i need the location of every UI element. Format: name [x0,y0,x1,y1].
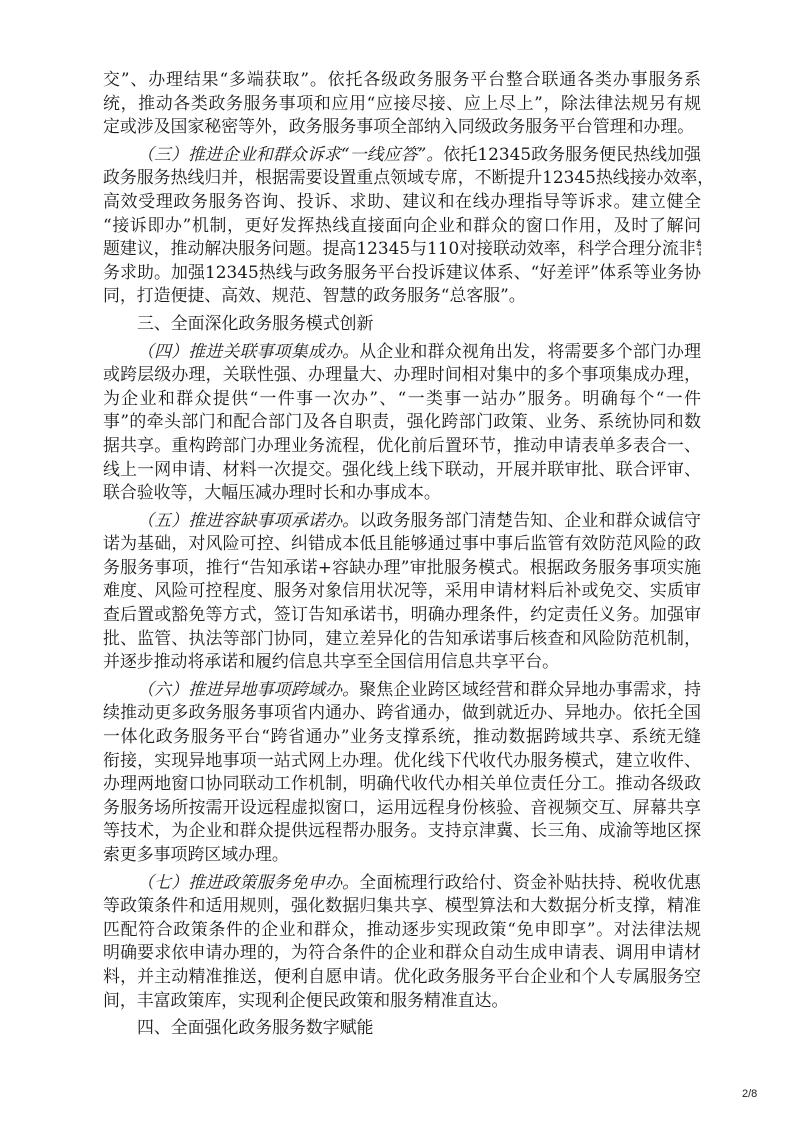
item-text: 依托12345政务服务便民热线加强 [443,144,701,164]
text-line: 定或涉及国家秘密等外，政务服务事项全部纳入同级政务服务平台管理和办理。 [103,115,701,139]
text-line: 料，并主动精准推送，便利自愿申请。优化政务服务平台企业和个人专属服务空 [103,965,701,989]
item-lead: （七）推进政策服务免申办。 [137,872,359,892]
paragraph-item-5: （五）推进容缺事项承诺办。以政务服务部门清楚告知、企业和群众诚信守 诺为基础，对… [103,509,701,674]
item-text: 聚焦企业跨区域经营和群众异地办事需求，持 [359,679,701,699]
text-line: 同，打造便捷、高效、规范、智慧的政务服务“总客服”。 [103,284,701,308]
text-line: 统，推动各类政务服务事项和应用“应接尽接、应上尽上”，除法律法规另有规 [103,92,701,116]
text-line: 并逐步推动将承诺和履约信息共享至全国信用信息共享平台。 [103,650,701,674]
text-line: 务求助。加强12345热线与政务服务平台投诉建议体系、“好差评”体系等业务协 [103,261,701,285]
item-text: 以政务服务部门清楚告知、企业和群众诚信守 [359,510,701,530]
text-line: 等技术，为企业和群众提供远程帮办服务。支持京津冀、长三角、成渝等地区探 [103,819,701,843]
item-lead: （四）推进关联事项集成办。 [137,341,359,361]
text-line: 为企业和群众提供“一件事一次办”、“一类事一站办”服务。明确每个“一件 [103,387,701,411]
text-line: 政务服务热线归并，根据需要设置重点领域专席，不断提升12345热线接办效率， [103,166,701,190]
text-line: （四）推进关联事项集成办。从企业和群众视角出发，将需要多个部门办理 [103,340,701,364]
item-lead: （六）推进异地事项跨域办。 [137,679,359,699]
item-lead: （三）推进企业和群众诉求“一线应答”。 [137,144,443,164]
text-line: 一体化政务服务平台“跨省通办”业务支撑系统，推动数据跨域共享、系统无缝 [103,725,701,749]
text-line: （七）推进政策服务免申办。全面梳理行政给付、资金补贴扶持、税收优惠 [103,871,701,895]
text-line: 或跨层级办理，关联性强、办理量大、办理时间相对集中的多个事项集成办理， [103,363,701,387]
text-line: 线上一网申请、材料一次提交。强化线上线下联动，开展并联审批、联合评审、 [103,458,701,482]
section-heading: 三、全面深化政务服务模式创新 [103,312,701,336]
text-line: 索更多事项跨区域办理。 [103,843,701,867]
text-line: 明确要求依申请办理的，为符合条件的企业和群众自动生成申请表、调用申请材 [103,941,701,965]
item-text: 从企业和群众视角出发，将需要多个部门办理 [359,341,701,361]
text-line: （三）推进企业和群众诉求“一线应答”。依托12345政务服务便民热线加强 [103,143,701,167]
text-line: 务服务场所按需开设远程虚拟窗口，运用远程身份核验、音视频交互、屏幕共享 [103,796,701,820]
text-line: 续推动更多政务服务事项省内通办、跨省通办，做到就近办、异地办。依托全国 [103,701,701,725]
text-line: “接诉即办”机制，更好发挥热线直接面向企业和群众的窗口作用，及时了解问 [103,214,701,238]
text-line: 衔接，实现异地事项一站式网上办理。优化线下代收代办服务模式，建立收件、 [103,749,701,773]
text-line: 务服务事项，推行“告知承诺+容缺办理”审批服务模式。根据政务服务事项实施 [103,556,701,580]
paragraph-item-3: （三）推进企业和群众诉求“一线应答”。依托12345政务服务便民热线加强 政务服… [103,143,701,308]
paragraph-item-7: （七）推进政策服务免申办。全面梳理行政给付、资金补贴扶持、税收优惠 等政策条件和… [103,871,701,1013]
text-line: 匹配符合政策条件的企业和群众，推动逐步实现政策“免申即享”。对法律法规 [103,918,701,942]
text-line: （六）推进异地事项跨域办。聚焦企业跨区域经营和群众异地办事需求，持 [103,678,701,702]
text-line: 事”的牵头部门和配合部门及各自职责，强化跨部门政策、业务、系统协同和数 [103,410,701,434]
text-line: 题建议，推动解决服务问题。提高12345与110对接联动效率，科学合理分流非警 [103,237,701,261]
page-number: 2/8 [742,1088,757,1100]
text-line: 间，丰富政策库，实现利企便民政策和服务精准直达。 [103,989,701,1013]
text-line: （五）推进容缺事项承诺办。以政务服务部门清楚告知、企业和群众诚信守 [103,509,701,533]
document-page: 交”、办理结果“多端获取”。依托各级政务服务平台整合联通各类办事服务系 统，推动… [0,0,793,1121]
text-line: 交”、办理结果“多端获取”。依托各级政务服务平台整合联通各类办事服务系 [103,68,701,92]
text-line: 诺为基础，对风险可控、纠错成本低且能够通过事中事后监管有效防范风险的政 [103,532,701,556]
text-line: 据共享。重构跨部门办理业务流程，优化前后置环节，推动申请表单多表合一、 [103,434,701,458]
text-line: 查后置或豁免等方式，签订告知承诺书，明确办理条件，约定责任义务。加强审 [103,603,701,627]
paragraph-continuation: 交”、办理结果“多端获取”。依托各级政务服务平台整合联通各类办事服务系 统，推动… [103,68,701,139]
text-line: 办理两地窗口协同联动工作机制，明确代收代办相关单位责任分工。推动各级政 [103,772,701,796]
document-body: 交”、办理结果“多端获取”。依托各级政务服务平台整合联通各类办事服务系 统，推动… [103,68,701,1040]
text-line: 批、监管、执法等部门协同，建立差异化的告知承诺事后核查和风险防范机制， [103,627,701,651]
item-text: 全面梳理行政给付、资金补贴扶持、税收优惠 [359,872,701,892]
item-lead: （五）推进容缺事项承诺办。 [137,510,359,530]
text-line: 联合验收等，大幅压减办理时长和办事成本。 [103,481,701,505]
text-line: 等政策条件和适用规则，强化数据归集共享、模型算法和大数据分析支撑，精准 [103,894,701,918]
section-heading: 四、全面强化政务服务数字赋能 [103,1016,701,1040]
text-line: 高效受理政务服务咨询、投诉、求助、建议和在线办理指导等诉求。建立健全 [103,190,701,214]
text-line: 难度、风险可控程度、服务对象信用状况等，采用申请材料后补或免交、实质审 [103,579,701,603]
paragraph-item-6: （六）推进异地事项跨域办。聚焦企业跨区域经营和群众异地办事需求，持 续推动更多政… [103,678,701,867]
paragraph-item-4: （四）推进关联事项集成办。从企业和群众视角出发，将需要多个部门办理 或跨层级办理… [103,340,701,505]
